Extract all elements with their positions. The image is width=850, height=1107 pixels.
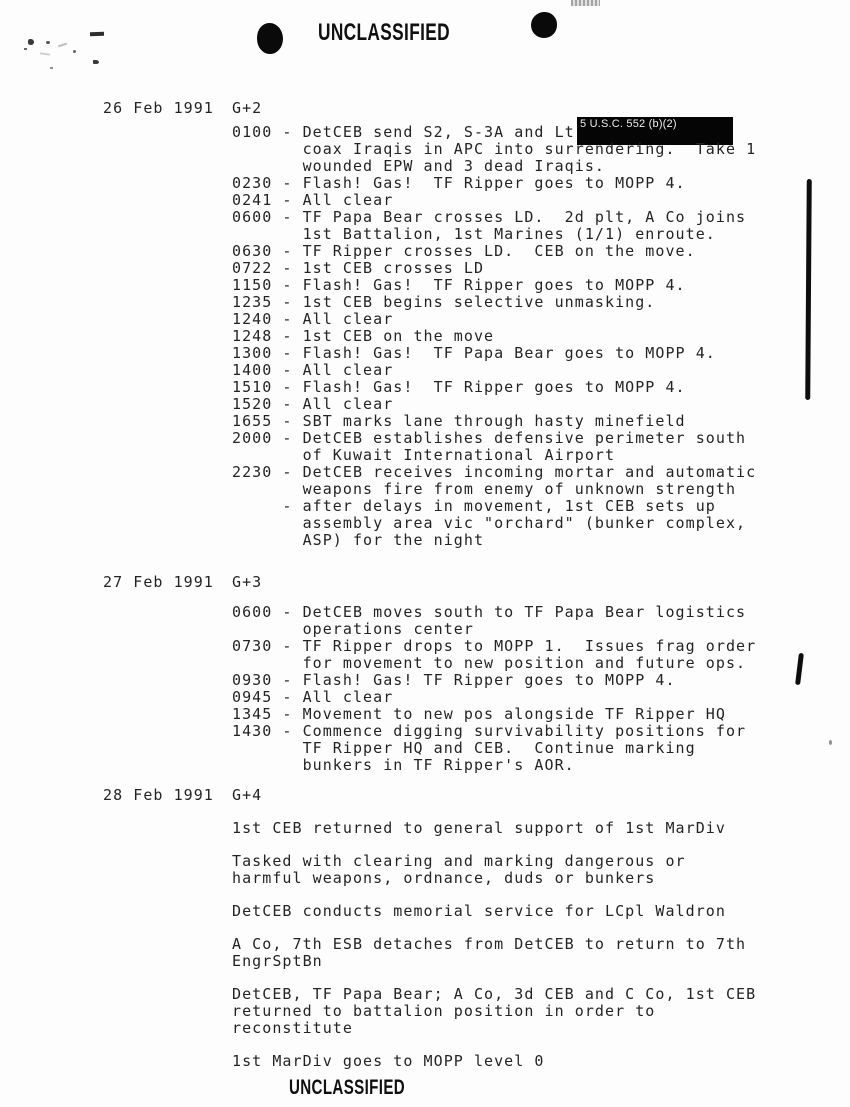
pencil-speck: [73, 50, 76, 53]
pencil-speck: [28, 39, 34, 45]
section-header: 28 Feb 1991G+4: [0, 787, 850, 804]
log-line: of Kuwait International Airport: [232, 447, 850, 464]
log-line: 0100 - DetCEB send S2, S-3A and Lt5 U.S.…: [232, 124, 850, 141]
log-line: Tasked with clearing and marking dangero…: [232, 853, 850, 870]
log-line: 1st MarDiv goes to MOPP level 0: [232, 1053, 850, 1070]
log-line: 1510 - Flash! Gas! TF Ripper goes to MOP…: [232, 379, 850, 396]
log-line: 1655 - SBT marks lane through hasty mine…: [232, 413, 850, 430]
log-line: 2000 - DetCEB establishes defensive peri…: [232, 430, 850, 447]
log-line: EngrSptBn: [232, 953, 850, 970]
log-line: 0241 - All clear: [232, 192, 850, 209]
log-line: harmful weapons, ordnance, duds or bunke…: [232, 870, 850, 887]
scan-speck: [829, 740, 832, 745]
log-entry-0230: 0230 - Flash! Gas! TF Ripper goes to MOP…: [232, 175, 850, 192]
pencil-speck: [24, 48, 27, 50]
log-paragraph: DetCEB conducts memorial service for LCp…: [232, 903, 850, 920]
log-line: 1300 - Flash! Gas! TF Papa Bear goes to …: [232, 345, 850, 362]
log-line: 0930 - Flash! Gas! TF Ripper goes to MOP…: [232, 672, 850, 689]
hole-punch-dot-1: [257, 23, 283, 54]
log-entry-1345: 1345 - Movement to new pos alongside TF …: [232, 706, 850, 723]
log-line: DetCEB, TF Papa Bear; A Co, 3d CEB and C…: [232, 986, 850, 1003]
pencil-speck: [50, 67, 53, 69]
log-line: 0730 - TF Ripper drops to MOPP 1. Issues…: [232, 638, 850, 655]
log-line: 1st CEB returned to general support of 1…: [232, 820, 850, 837]
log-line: 1235 - 1st CEB begins selective unmaskin…: [232, 294, 850, 311]
log-entry-1655: 1655 - SBT marks lane through hasty mine…: [232, 413, 850, 430]
log-paragraph: DetCEB, TF Papa Bear; A Co, 3d CEB and C…: [232, 986, 850, 1037]
log-entry-1430: 1430 - Commence digging survivability po…: [232, 723, 850, 774]
log-entry-1248: 1248 - 1st CEB on the move: [232, 328, 850, 345]
log-entry-0930: 0930 - Flash! Gas! TF Ripper goes to MOP…: [232, 672, 850, 689]
log-entry-0945: 0945 - All clear: [232, 689, 850, 706]
log-paragraph: 1st MarDiv goes to MOPP level 0: [232, 1053, 850, 1070]
pencil-speck: [40, 52, 50, 55]
log-line: assembly area vic "orchard" (bunker comp…: [232, 515, 850, 532]
log-line: - after delays in movement, 1st CEB sets…: [232, 498, 850, 515]
log-line: for movement to new position and future …: [232, 655, 850, 672]
log-line: 0600 - TF Papa Bear crosses LD. 2d plt, …: [232, 209, 850, 226]
log-line: 2230 - DetCEB receives incoming mortar a…: [232, 464, 850, 481]
log-line: bunkers in TF Ripper's AOR.: [232, 757, 850, 774]
section-entries: 0600 - DetCEB moves south to TF Papa Bea…: [232, 604, 850, 774]
log-paragraph: A Co, 7th ESB detaches from DetCEB to re…: [232, 936, 850, 970]
log-line: 1430 - Commence digging survivability po…: [232, 723, 850, 740]
operations-log: 26 Feb 1991G+20100 - DetCEB send S2, S-3…: [0, 100, 850, 1070]
log-line: reconstitute: [232, 1020, 850, 1037]
section-date: 26 Feb 1991: [103, 100, 214, 117]
log-entry-1400: 1400 - All clear: [232, 362, 850, 379]
section-gday: G+4: [232, 787, 262, 804]
log-line: 1240 - All clear: [232, 311, 850, 328]
log-line: 0945 - All clear: [232, 689, 850, 706]
pencil-speck: [46, 41, 50, 44]
section-entries: 1st CEB returned to general support of 1…: [232, 820, 850, 1070]
log-line: 0600 - DetCEB moves south to TF Papa Bea…: [232, 604, 850, 621]
log-paragraph: Tasked with clearing and marking dangero…: [232, 853, 850, 887]
log-entry-0600: 0600 - DetCEB moves south to TF Papa Bea…: [232, 604, 850, 638]
log-line: 0722 - 1st CEB crosses LD: [232, 260, 850, 277]
log-section-gplus4: 28 Feb 1991G+41st CEB returned to genera…: [0, 787, 850, 1070]
log-line: 1520 - All clear: [232, 396, 850, 413]
log-entry-0600: 0600 - TF Papa Bear crosses LD. 2d plt, …: [232, 209, 850, 243]
log-entry-0730: 0730 - TF Ripper drops to MOPP 1. Issues…: [232, 638, 850, 672]
log-paragraph: 1st CEB returned to general support of 1…: [232, 820, 850, 837]
hole-punch-dot-2: [531, 12, 557, 38]
log-line: weapons fire from enemy of unknown stren…: [232, 481, 850, 498]
log-line: 1150 - Flash! Gas! TF Ripper goes to MOP…: [232, 277, 850, 294]
log-line: operations center: [232, 621, 850, 638]
log-line: ASP) for the night: [232, 532, 850, 549]
log-entry-1300: 1300 - Flash! Gas! TF Papa Bear goes to …: [232, 345, 850, 362]
scan-smudge-top-edge: [571, 0, 600, 6]
log-entry-1240: 1240 - All clear: [232, 311, 850, 328]
log-line: 1400 - All clear: [232, 362, 850, 379]
section-gday: G+2: [232, 100, 262, 117]
log-entry-0241: 0241 - All clear: [232, 192, 850, 209]
log-entry-1510: 1510 - Flash! Gas! TF Ripper goes to MOP…: [232, 379, 850, 396]
log-entry-2000: 2000 - DetCEB establishes defensive peri…: [232, 430, 850, 464]
log-line: wounded EPW and 3 dead Iraqis.: [232, 158, 850, 175]
section-gday: G+3: [232, 574, 262, 591]
section-entries: 0100 - DetCEB send S2, S-3A and Lt5 U.S.…: [232, 124, 850, 549]
document-page: UNCLASSIFIED 26 Feb 1991G+20100 - DetCEB…: [0, 0, 850, 1107]
log-entry-dash: - after delays in movement, 1st CEB sets…: [232, 498, 850, 549]
log-entry-0100: 0100 - DetCEB send S2, S-3A and Lt5 U.S.…: [232, 124, 850, 175]
log-line: 1248 - 1st CEB on the move: [232, 328, 850, 345]
log-line: 1345 - Movement to new pos alongside TF …: [232, 706, 850, 723]
log-entry-1150: 1150 - Flash! Gas! TF Ripper goes to MOP…: [232, 277, 850, 294]
log-entry-0722: 0722 - 1st CEB crosses LD: [232, 260, 850, 277]
log-entry-1520: 1520 - All clear: [232, 396, 850, 413]
section-date: 28 Feb 1991: [103, 787, 214, 804]
pencil-dash-mark: [90, 32, 104, 36]
log-line: 1st Battalion, 1st Marines (1/1) enroute…: [232, 226, 850, 243]
log-line: DetCEB conducts memorial service for LCp…: [232, 903, 850, 920]
log-entry-0630: 0630 - TF Ripper crosses LD. CEB on the …: [232, 243, 850, 260]
log-entry-2230: 2230 - DetCEB receives incoming mortar a…: [232, 464, 850, 498]
log-entry-1235: 1235 - 1st CEB begins selective unmaskin…: [232, 294, 850, 311]
header-classification: UNCLASSIFIED: [318, 21, 450, 45]
pencil-speck: [58, 43, 67, 48]
log-line: 0630 - TF Ripper crosses LD. CEB on the …: [232, 243, 850, 260]
section-date: 27 Feb 1991: [103, 574, 214, 591]
section-header: 26 Feb 1991G+2: [0, 100, 850, 117]
redaction-exemption-label: 5 U.S.C. 552 (b)(2): [577, 117, 733, 130]
section-header: 27 Feb 1991G+3: [0, 574, 850, 591]
log-line: A Co, 7th ESB detaches from DetCEB to re…: [232, 936, 850, 953]
log-line: TF Ripper HQ and CEB. Continue marking: [232, 740, 850, 757]
footer-classification: UNCLASSIFIED: [289, 1077, 405, 1098]
log-line: returned to battalion position in order …: [232, 1003, 850, 1020]
pencil-speck: [93, 60, 99, 64]
log-section-gplus2: 26 Feb 1991G+20100 - DetCEB send S2, S-3…: [0, 100, 850, 549]
log-line: coax Iraqis in APC into surrendering. Ta…: [232, 141, 850, 158]
log-section-gplus3: 27 Feb 1991G+30600 - DetCEB moves south …: [0, 574, 850, 774]
log-line: 0230 - Flash! Gas! TF Ripper goes to MOP…: [232, 175, 850, 192]
